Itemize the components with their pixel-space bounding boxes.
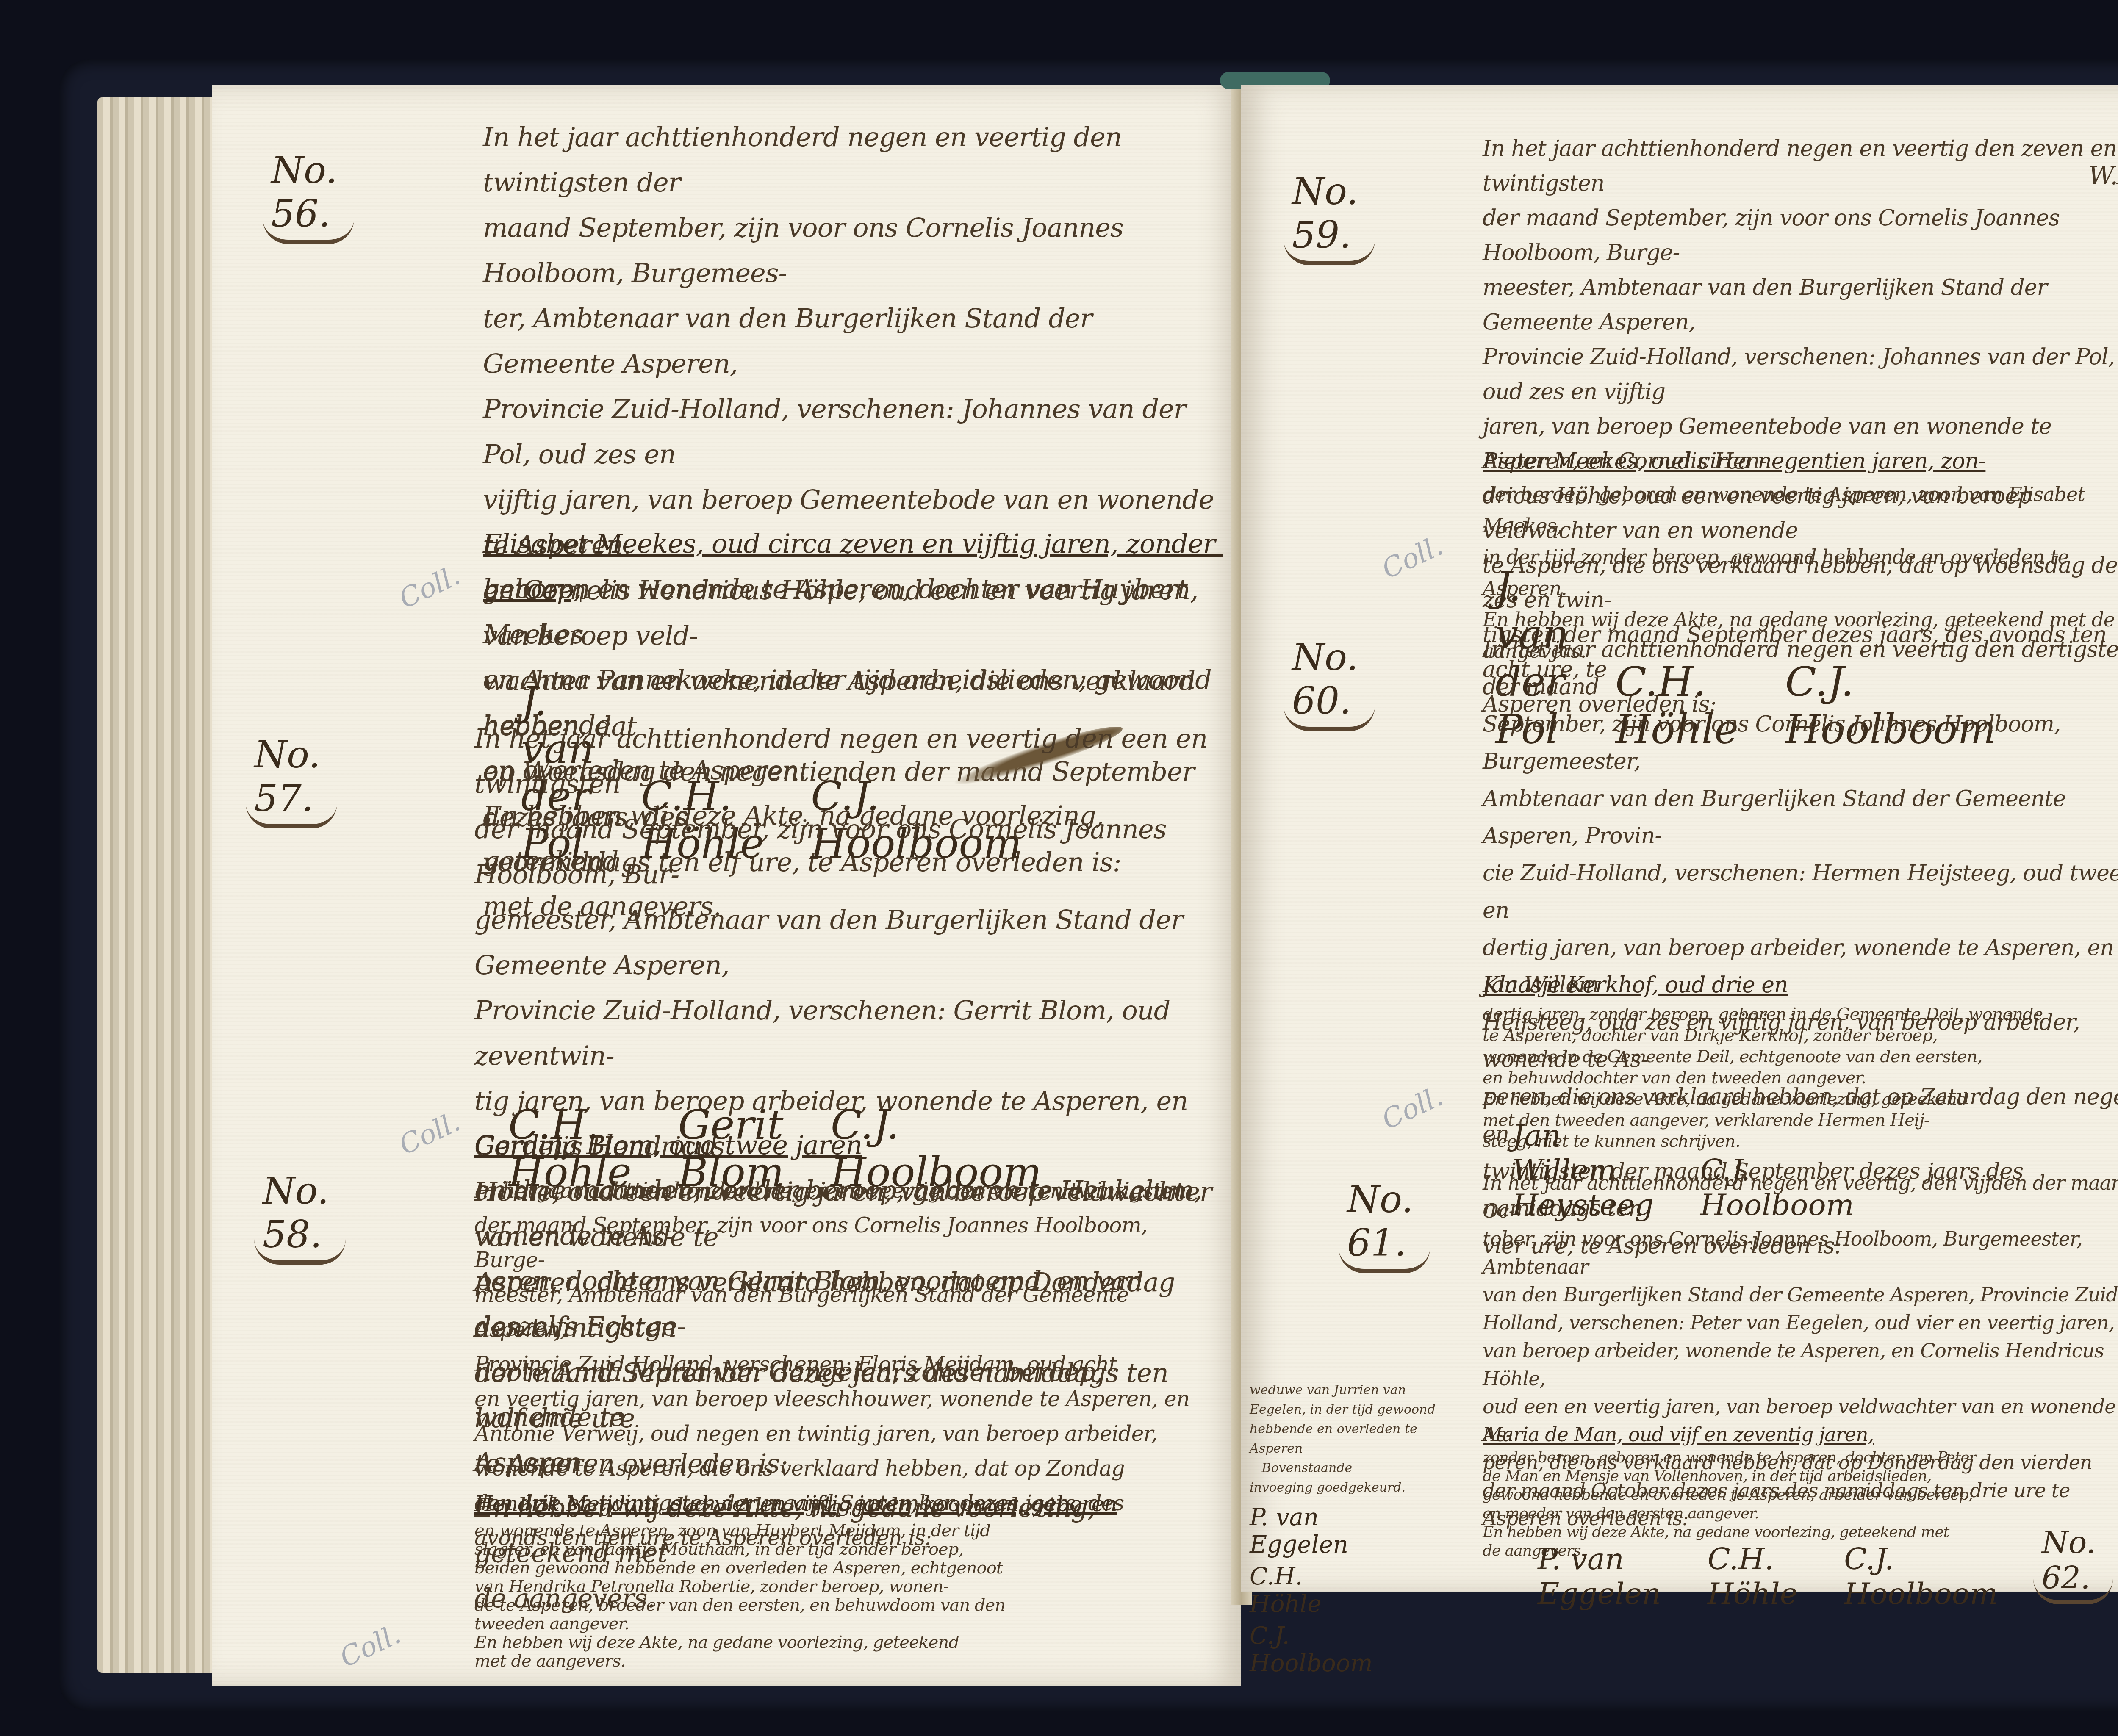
margin-insertion-note: weduwe van Jurrien van Eegelen, in der t… [1250, 1381, 1470, 1498]
signature: C.H. Höhle [1708, 1542, 1797, 1611]
pencil-collation-mark: Coll. [335, 1619, 405, 1674]
signatures: P. van Eggelen C.H. Höhle C.J. Hoolboom [1538, 1542, 1998, 1611]
pencil-collation-mark: Coll. [394, 1106, 465, 1161]
page-edges-left [97, 97, 225, 1673]
signature: P. van Eggelen [1538, 1542, 1661, 1611]
deceased-line: Pieter Meekes, oud circa negentien jaren… [1483, 444, 2118, 479]
deceased-line: Hendrik Meijdam, oud vier en vijftig jar… [474, 1487, 1220, 1521]
pencil-collation-mark: Coll. [394, 560, 465, 615]
signature: C.J. Hoolboom [1844, 1542, 1998, 1611]
pencil-collation-mark: Coll. [1377, 530, 1447, 585]
right-page: 14. W.A.V.A. No. 59. In het jaar achttie… [1241, 85, 2118, 1592]
deceased-line: Klaasje Kerkhof, oud drie en [1483, 966, 2118, 1004]
entry-number: No. 60. [1284, 635, 1375, 731]
entry-number: No. 62. [2033, 1525, 2113, 1604]
margin-signatures: P. van Eggelen C.H. Höhle C.J. Hoolboom [1250, 1503, 1373, 1677]
entry-number: No. 57. [246, 733, 337, 828]
entry-number: No. 59. [1284, 169, 1375, 265]
pencil-collation-mark: Coll. [1377, 1081, 1447, 1136]
entry-number: No. 56. [263, 148, 354, 244]
left-page: No. 56. In het jaar achttienhonderd nege… [212, 85, 1241, 1686]
entry-text-continued: en wonende te Asperen, zoon van Huybert … [474, 1521, 1220, 1670]
signature: C.H. Höhle [1250, 1563, 1373, 1618]
entry-number: No. 58. [254, 1169, 346, 1265]
signature: P. van Eggelen [1250, 1503, 1373, 1559]
entry-number: No. 61. [1339, 1177, 1430, 1273]
signature: C.J. Hoolboom [1250, 1622, 1373, 1677]
deceased-line: Maria de Man, oud vijf en zeventig jaren… [1483, 1420, 2118, 1448]
